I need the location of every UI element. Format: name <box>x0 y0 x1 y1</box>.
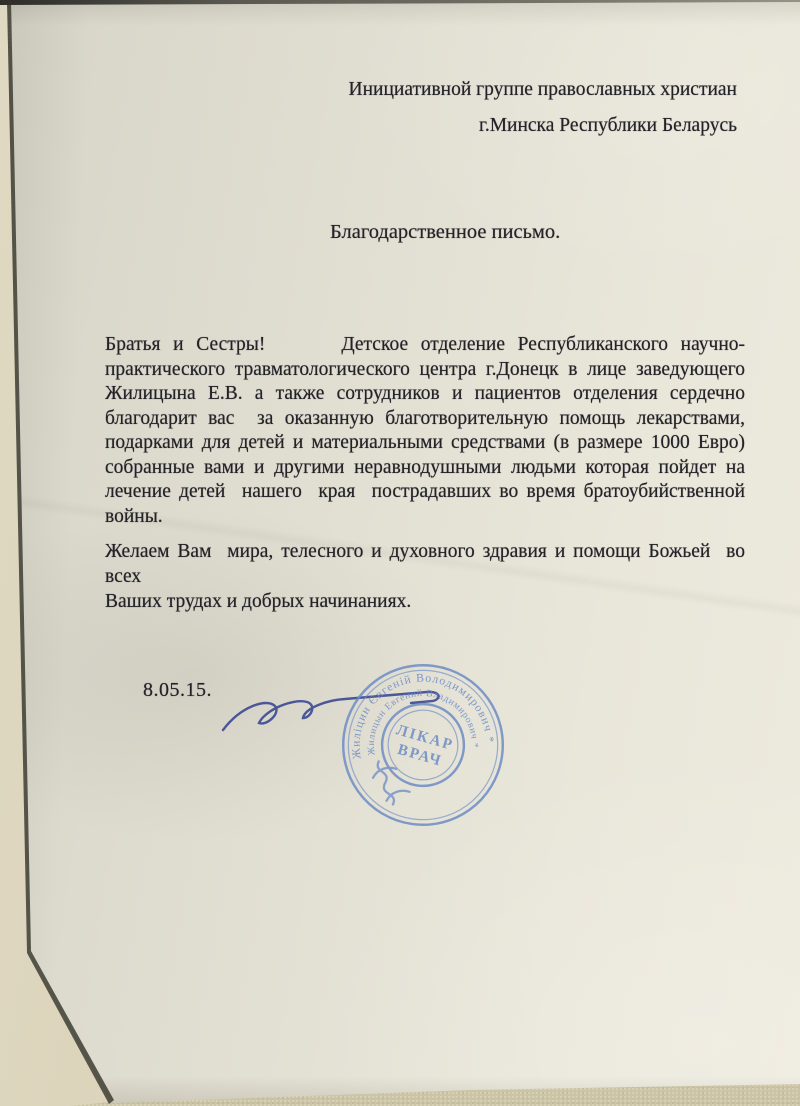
paragraph-1: Братья и Сестры! Детское отделение Респу… <box>105 333 745 529</box>
paragraph-2: Желаем Вам мира, телесного и духовного з… <box>105 539 745 614</box>
letter-line: Ваших трудах и добрых начинаниях. <box>105 589 745 614</box>
letter-line: собранные вами и другими неравнодушными … <box>105 456 745 481</box>
letter-line: подарками для детей и материальными сред… <box>105 431 745 456</box>
letter-line: войны. <box>105 505 745 530</box>
recipient-block: Инициативной группе православных христиа… <box>317 72 737 144</box>
letter-photo: { "letter": { "recipient_line1": "Инициа… <box>0 0 800 1106</box>
letter-line: Желаем Вам мира, телесного и духовного з… <box>105 539 745 589</box>
recipient-line-2: г.Минска Республики Беларусь <box>317 108 737 144</box>
recipient-line-1: Инициативной группе православных христиа… <box>317 72 737 108</box>
letter-line: лечение детей нашего края пострадавших в… <box>105 480 745 505</box>
letter-line: благодарит вас за оказанную благотворите… <box>105 407 745 432</box>
letter-line: Братья и Сестры! Детское отделение Респу… <box>105 333 745 358</box>
letter-title: Благодарственное письмо. <box>330 221 560 244</box>
doctor-round-stamp: Жиліцин Євгеній Володимирович * Жилицын … <box>333 655 513 835</box>
letter-date: 8.05.15. <box>143 679 212 702</box>
letter-line: Жилицына Е.В. а также сотрудников и паци… <box>105 382 745 407</box>
letter-line: практического травматологического центра… <box>105 358 745 383</box>
